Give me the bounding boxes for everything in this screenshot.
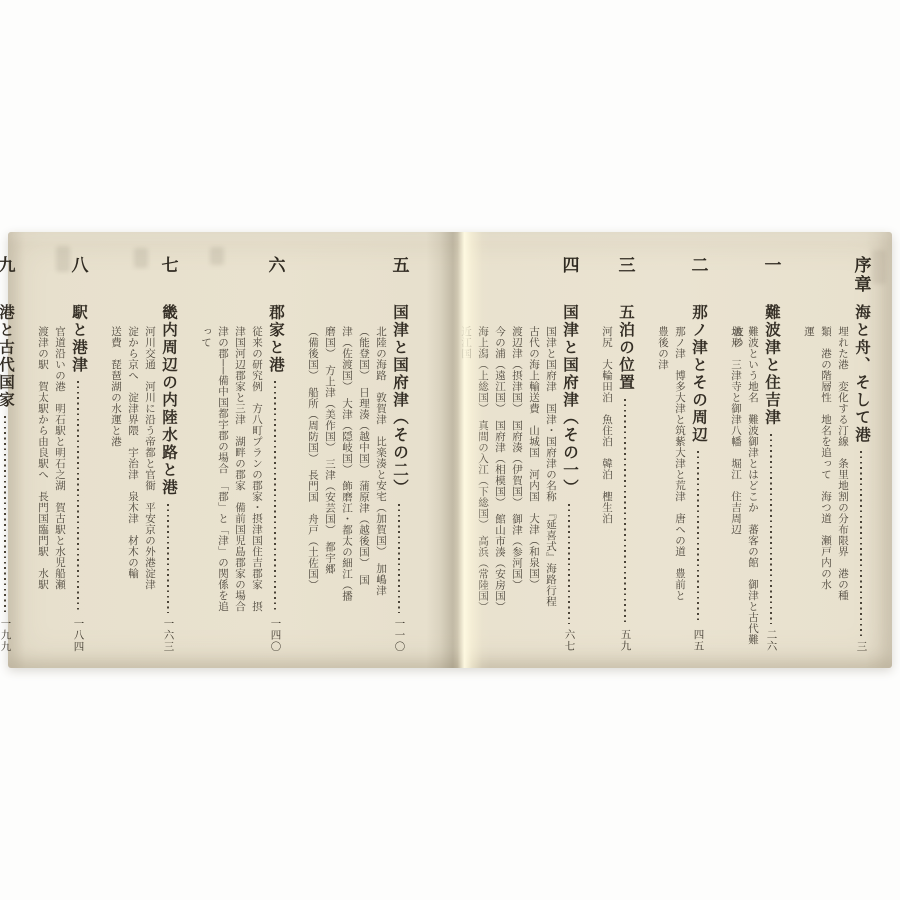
sub-topic-column: 渡津の駅 賀太駅から由良駅へ 長門国臨門駅 水駅	[35, 326, 50, 648]
page-number: 二六	[764, 629, 779, 652]
chapter-number: 序章	[849, 256, 874, 304]
leader-dots	[167, 504, 169, 613]
chapter-title: 国津と国府津（その二）	[388, 304, 410, 497]
sub-topic-column: 近江国	[458, 326, 473, 648]
sub-topic-column: 那ノ津 博多大津と筑紫大津と荒津 唐への道 豊前と	[672, 326, 687, 648]
sub-topics: 北陸の海路 敦賀津 比楽湊と安宅（加賀国） 加嶋津 （能登国） 日理湊（越中国）…	[305, 256, 388, 654]
chapter-title: 那ノ津とその周辺	[687, 304, 709, 444]
page-number: 一六三	[161, 618, 176, 653]
leader-dots	[274, 381, 276, 613]
toc-entry: 四 国津と国府津（その一） 六七	[558, 256, 580, 654]
toc-section-7: 七 畿内周辺の内陸水路と港 一六三 河川交通 河川に沿う帝都と官衙 平安京の外港…	[108, 256, 179, 654]
toc-columns: 序章 海と舟、そして港 三 埋れた港 変化する汀線 条里地割の分布限界 港の種 …	[450, 232, 892, 668]
sub-topic-column: 淀から京へ 淀津界隈 宇治津 泉木津 材木の輸	[125, 326, 140, 648]
leader-dots	[398, 504, 400, 613]
toc-section-0: 序章 海と舟、そして港 三 埋れた港 変化する汀線 条里地割の分布限界 港の種 …	[801, 256, 872, 654]
toc-columns: 五 国津と国府津（その二） 一一〇 北陸の海路 敦賀津 比楽湊と安宅（加賀国） …	[8, 232, 450, 668]
toc-right-page: 序章 海と舟、そして港 三 埋れた港 変化する汀線 条里地割の分布限界 港の種 …	[450, 232, 892, 668]
sub-topic-column: 古代の海上輸送費 山城国 河内国 大津（和泉国）	[526, 326, 541, 648]
chapter-number: 三	[613, 256, 638, 304]
page-number: 一九九	[0, 618, 13, 653]
chapter-number: 二	[686, 256, 711, 304]
sub-topic-column: 難波という地名 難波御津とはどこか 蕃客の館 御津と古代難波の	[745, 326, 760, 648]
sub-topics: 那ノ津 博多大津と筑紫大津と荒津 唐への道 豊前と 豊後の津	[655, 256, 687, 654]
chapter-number: 六	[263, 256, 288, 304]
page-number: 一一〇	[392, 618, 407, 653]
sub-topic-column: 海上潟（上総国） 真間の入江（下総国） 高浜（常陸国）	[475, 326, 490, 648]
chapter-title: 駅と港津	[67, 304, 89, 374]
sub-topic-column: 埋れた港 変化する汀線 条里地割の分布限界 港の種	[835, 326, 850, 648]
open-book-spread: 五 国津と国府津（その二） 一一〇 北陸の海路 敦賀津 比楽湊と安宅（加賀国） …	[8, 232, 892, 668]
chapter-title: 国津と国府津（その一）	[558, 304, 580, 497]
sub-topics: 国津と国府津 国津・国府津の名称 『延喜式』海路行程 古代の海上輸送費 山城国 …	[458, 256, 558, 654]
leader-dots	[770, 434, 772, 625]
toc-entry: 六 郡家と港 一四〇	[264, 256, 286, 654]
chapter-title: 五泊の位置	[614, 304, 636, 392]
leader-dots	[4, 416, 6, 613]
toc-section-8: 八 駅と港津 一八四 官道沿いの港 明石駅と明石之湖 賀古駅と水児船瀬 渡津の駅…	[35, 256, 89, 654]
sub-topic-column: （備後国） 船所（周防国） 長門国 舟戸（土佐国）	[305, 326, 320, 648]
page-number: 三	[854, 641, 869, 653]
sub-topic-column: 北陸の海路 敦賀津 比楽湊と安宅（加賀国） 加嶋津	[373, 326, 388, 648]
toc-section-9: 九 港と古代国家 一九九 古墳と港 アガタと港 ミヤケと港	[0, 256, 16, 654]
sub-topics: 従来の研究例 方八町プランの郡家・摂津国住吉郡家 摂 津国河辺郡家と三津 湖畔の…	[198, 256, 264, 654]
toc-section-1: 一 難波津と住吉津 二六 難波という地名 難波御津とはどこか 蕃客の館 御津と古…	[728, 256, 782, 654]
toc-entry: 九 港と古代国家 一九九	[0, 256, 16, 654]
sub-topic-column: （能登国） 日理湊（越中国） 蒲原津（越後国） 国	[356, 326, 371, 648]
toc-left-page: 五 国津と国府津（その二） 一一〇 北陸の海路 敦賀津 比楽湊と安宅（加賀国） …	[8, 232, 450, 668]
chapter-title: 海と舟、そして港	[850, 304, 872, 444]
leader-dots	[860, 451, 862, 636]
toc-entry: 二 那ノ津とその周辺 四五	[687, 256, 709, 654]
chapter-number: 七	[156, 256, 181, 304]
sub-topics: 河川交通 河川に沿う帝都と官衙 平安京の外港淀津 淀から京へ 淀津界隈 宇治津 …	[108, 256, 157, 654]
sub-topic-column: 国津と国府津 国津・国府津の名称 『延喜式』海路行程	[543, 326, 558, 648]
chapter-number: 五	[387, 256, 412, 304]
toc-entry: 三 五泊の位置 五九	[614, 256, 636, 654]
chapter-title: 港と古代国家	[0, 304, 16, 409]
sub-topic-column: 河川交通 河川に沿う帝都と官衙 平安京の外港淀津	[142, 326, 157, 648]
sub-topic-column: って	[198, 326, 213, 648]
leader-dots	[697, 451, 699, 624]
sub-topic-column: 渡辺津（摂津国） 国府湊（伊賀国） 御津（参河国）	[509, 326, 524, 648]
chapter-number: 九	[0, 256, 18, 304]
sub-topic-column: 河尻 大輪田泊 魚住泊 韓泊 檉生泊	[599, 326, 614, 648]
sub-topic-column: 豊後の津	[655, 326, 670, 648]
chapter-number: 一	[759, 256, 784, 304]
sub-topic-column: 津国河辺郡家と三津 湖畔の郡家 備前国児島郡家の場合	[232, 326, 247, 648]
toc-section-5: 五 国津と国府津（その二） 一一〇 北陸の海路 敦賀津 比楽湊と安宅（加賀国） …	[305, 256, 410, 654]
sub-topic-column: 地形 三津寺と御津八幡 堀江 住吉周辺	[728, 326, 743, 648]
sub-topics: 難波という地名 難波御津とはどこか 蕃客の館 御津と古代難波の 地形 三津寺と御…	[728, 256, 760, 654]
toc-entry: 一 難波津と住吉津 二六	[760, 256, 782, 654]
sub-topic-column: 従来の研究例 方八町プランの郡家・摂津国住吉郡家 摂	[249, 326, 264, 648]
chapter-title: 難波津と住吉津	[760, 304, 782, 427]
toc-entry: 五 国津と国府津（その二） 一一〇	[388, 256, 410, 654]
page-number: 五九	[618, 629, 633, 652]
sub-topics: 埋れた港 変化する汀線 条里地割の分布限界 港の種 類 港の階層性 地名を追って…	[801, 256, 850, 654]
sub-topic-column: 運	[801, 326, 816, 648]
chapter-title: 郡家と港	[264, 304, 286, 374]
page-number: 四五	[691, 629, 706, 652]
toc-entry: 八 駅と港津 一八四	[67, 256, 89, 654]
chapter-number: 四	[557, 256, 582, 304]
leader-dots	[77, 381, 79, 613]
toc-section-4: 四 国津と国府津（その一） 六七 国津と国府津 国津・国府津の名称 『延喜式』海…	[458, 256, 580, 654]
toc-section-3: 三 五泊の位置 五九 河尻 大輪田泊 魚住泊 韓泊 檉生泊	[599, 256, 636, 654]
sub-topic-column: 津の郡──備中国都宇郡の場合 「郡」と「津」の関係を追	[215, 326, 230, 648]
leader-dots	[568, 504, 570, 625]
sub-topics: 河尻 大輪田泊 魚住泊 韓泊 檉生泊	[599, 256, 614, 654]
sub-topic-column: 今の浦（遠江国） 国府津（相模国） 館山市湊（安房国）	[492, 326, 507, 648]
chapter-number: 八	[66, 256, 91, 304]
page-number: 六七	[562, 629, 577, 652]
toc-section-2: 二 那ノ津とその周辺 四五 那ノ津 博多大津と筑紫大津と荒津 唐への道 豊前と …	[655, 256, 709, 654]
sub-topic-column: 津（佐渡国） 大津（隠岐国） 飾磨江・都太の細江（播	[339, 326, 354, 648]
page-number: 一四〇	[268, 618, 283, 653]
sub-topic-column: 磨国） 方上津（美作国） 三津（安芸国） 都宇郷	[322, 326, 337, 648]
toc-section-6: 六 郡家と港 一四〇 従来の研究例 方八町プランの郡家・摂津国住吉郡家 摂 津国…	[198, 256, 286, 654]
sub-topic-column: 送費 琵琶湖の水運と港	[108, 326, 123, 648]
sub-topics: 官道沿いの港 明石駅と明石之湖 賀古駅と水児船瀬 渡津の駅 賀太駅から由良駅へ …	[35, 256, 67, 654]
sub-topic-column: 類 港の階層性 地名を追って 海つ道 瀬戸内の水	[818, 326, 833, 648]
toc-entry: 序章 海と舟、そして港 三	[850, 256, 872, 654]
chapter-title: 畿内周辺の内陸水路と港	[157, 304, 179, 497]
toc-entry: 七 畿内周辺の内陸水路と港 一六三	[157, 256, 179, 654]
leader-dots	[624, 399, 626, 625]
sub-topic-column: 官道沿いの港 明石駅と明石之湖 賀古駅と水児船瀬	[52, 326, 67, 648]
page-number: 一八四	[71, 618, 86, 653]
